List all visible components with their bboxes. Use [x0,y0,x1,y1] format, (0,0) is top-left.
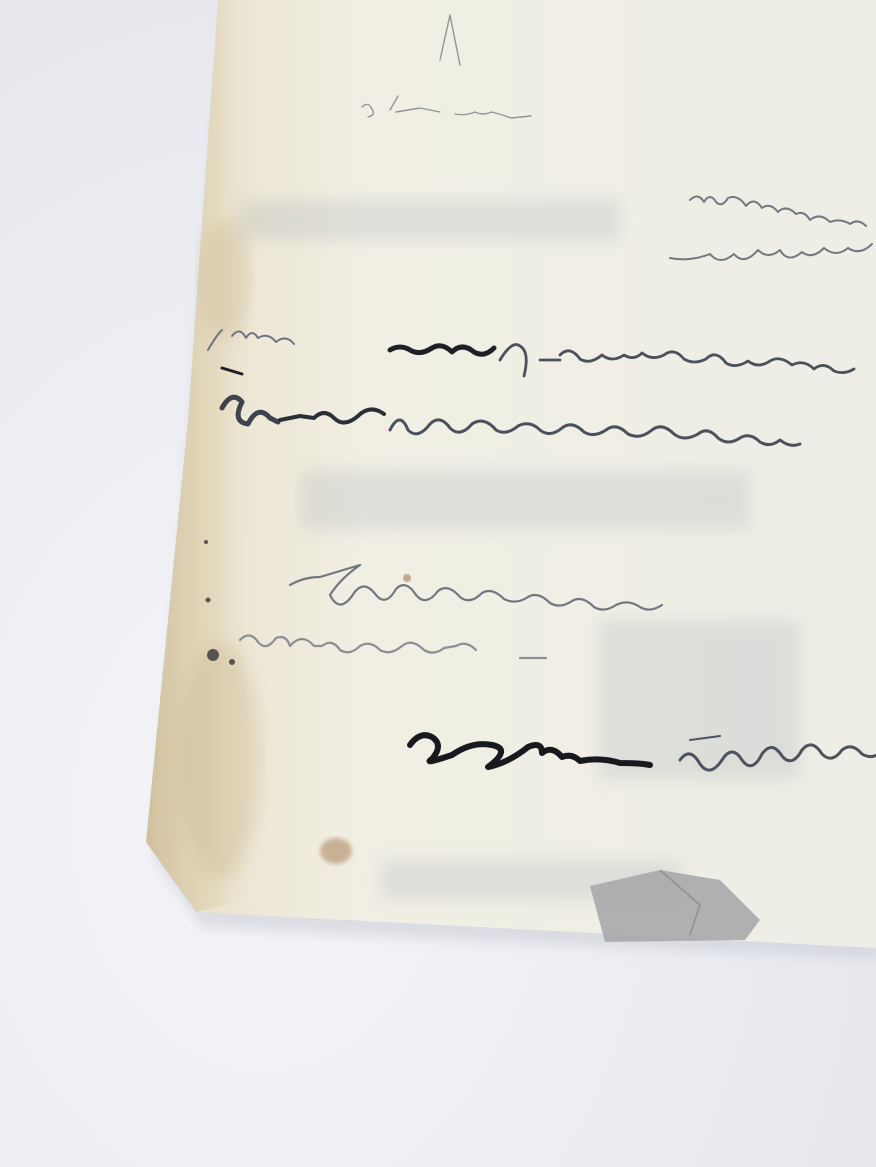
brown-spot [320,838,352,864]
manuscript-page [0,0,876,1167]
photo-scene [0,0,876,1167]
